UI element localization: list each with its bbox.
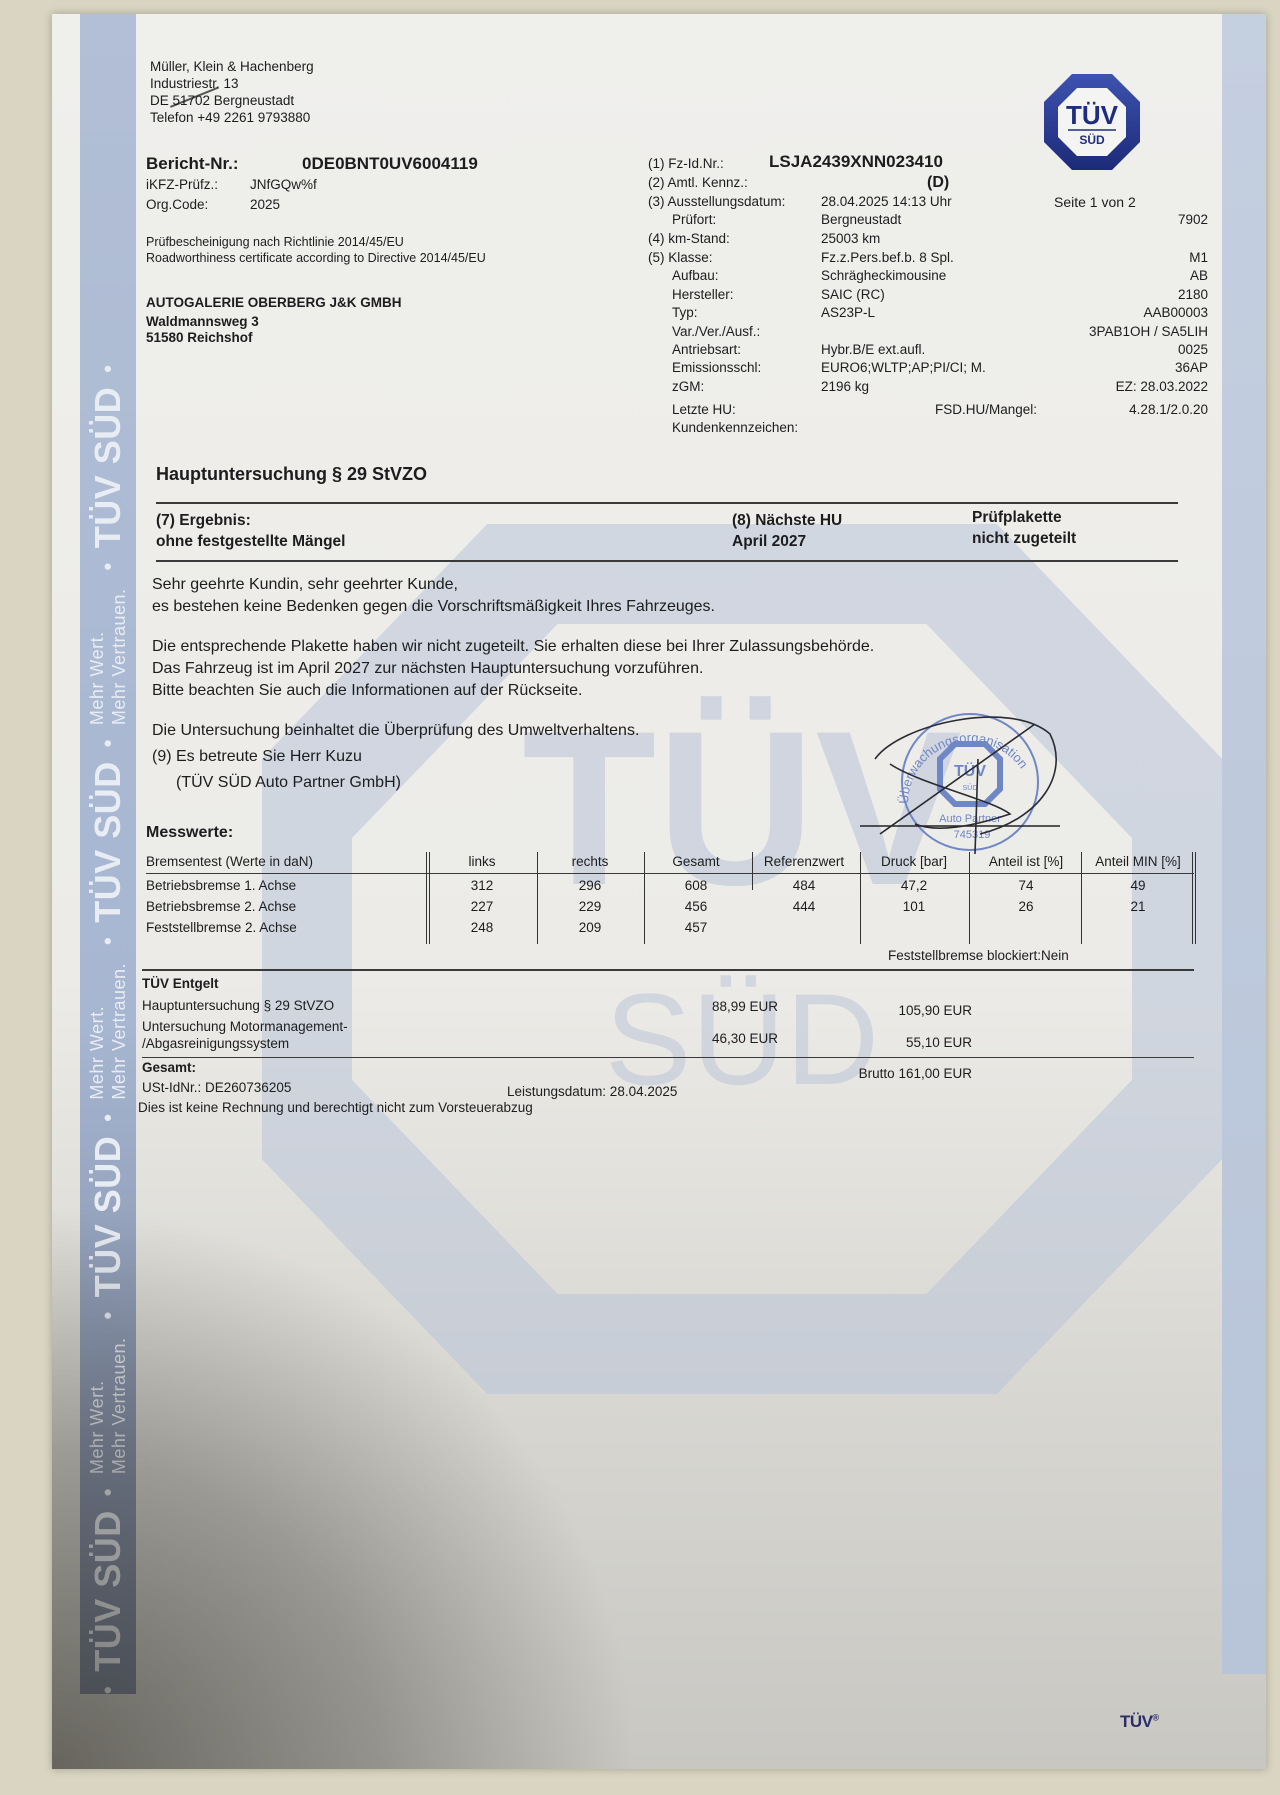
sender-address: Müller, Klein & Hachenberg Industriestr.… bbox=[150, 58, 314, 126]
total-label: Gesamt: bbox=[142, 1060, 196, 1075]
brake-row-value: 457 bbox=[648, 920, 744, 935]
table-header-right: rechts bbox=[540, 854, 640, 869]
vat-id: USt-IdNr.: DE260736205 bbox=[142, 1080, 291, 1095]
brake-row-value: 608 bbox=[648, 878, 744, 893]
divider bbox=[142, 1057, 1194, 1058]
inspector-stamp-icon: Überwachungsorganisation TÜV SÜD Auto Pa… bbox=[860, 704, 1070, 854]
divider bbox=[860, 852, 861, 944]
brake-row-value: 101 bbox=[860, 899, 968, 914]
document-page: TÜV SÜD •TÜV SÜD•Mehr Wert.Mehr Vertraue… bbox=[52, 14, 1266, 1769]
brake-row-label: Betriebsbremse 1. Achse bbox=[146, 878, 426, 893]
brake-row-value: 209 bbox=[540, 920, 640, 935]
vehicle-row-type: Typ:AS23P-LAAB00003 bbox=[648, 305, 1208, 323]
brake-row-value: 444 bbox=[752, 899, 856, 914]
fee-item-label: Untersuchung Motormanagement- /Abgasrein… bbox=[142, 1018, 348, 1052]
table-header-total: Gesamt bbox=[648, 854, 744, 869]
report-number-label: Bericht-Nr.: bbox=[146, 154, 239, 174]
org-code-label: Org.Code: bbox=[146, 197, 208, 212]
vehicle-row-class: (5) Klasse:Fz.z.Pers.bef.b. 8 Spl.M1 bbox=[648, 250, 1208, 268]
divider bbox=[146, 873, 1194, 874]
brake-row-label: Betriebsbremse 2. Achse bbox=[146, 899, 426, 914]
svg-text:SÜD: SÜD bbox=[1079, 132, 1105, 147]
measurements-title: Messwerte: bbox=[146, 824, 233, 842]
vehicle-row-vin: (1) Fz-Id.Nr.: bbox=[648, 156, 1208, 174]
vehicle-row-date: (3) Ausstellungsdatum:28.04.2025 14:13 U… bbox=[648, 194, 1208, 212]
divider bbox=[142, 969, 1194, 971]
right-edge-band bbox=[1222, 14, 1266, 1674]
table-header-reference: Referenzwert bbox=[752, 854, 856, 869]
divider bbox=[644, 852, 645, 944]
brake-row-value: 26 bbox=[970, 899, 1082, 914]
directive-en: Roadworthiness certificate according to … bbox=[146, 251, 486, 265]
table-header-test: Bremsentest (Werte in daN) bbox=[146, 854, 313, 869]
service-date: Leistungsdatum: 28.04.2025 bbox=[507, 1084, 677, 1099]
table-header-pressure: Druck [bar] bbox=[860, 854, 968, 869]
brake-row-value: 456 bbox=[648, 899, 744, 914]
brand-band: •TÜV SÜD•Mehr Wert.Mehr Vertrauen. •TÜV … bbox=[80, 14, 136, 1694]
brake-row-value: 74 bbox=[970, 878, 1082, 893]
fee-item-gross: 105,90 EUR bbox=[822, 1003, 972, 1018]
vehicle-row-variant: Var./Ver./Ausf.:3PAB1OH / SA5LIH bbox=[648, 324, 1208, 342]
vehicle-row-emission: Emissionsschl:EURO6;WLTP;AP;PI/CI; M.36A… bbox=[648, 360, 1208, 378]
disclaimer: Dies ist keine Rechnung und berechtigt n… bbox=[138, 1100, 533, 1115]
brake-row-value: 296 bbox=[540, 878, 640, 893]
svg-text:TÜV: TÜV bbox=[1066, 100, 1119, 130]
vehicle-row-drive: Antriebsart:Hybr.B/E ext.aufl.0025 bbox=[648, 342, 1208, 360]
fees-title: TÜV Entgelt bbox=[142, 976, 219, 991]
recipient-address: AUTOGALERIE OBERBERG J&K GMBH Waldmannsw… bbox=[146, 293, 402, 347]
org-code: 2025 bbox=[250, 197, 280, 212]
brake-row-value: 484 bbox=[752, 878, 856, 893]
table-header-left: links bbox=[432, 854, 532, 869]
brake-row-value: 49 bbox=[1082, 878, 1194, 893]
inspection-title: Hauptuntersuchung § 29 StVZO bbox=[156, 464, 427, 485]
brake-row-value: 312 bbox=[432, 878, 532, 893]
total-gross: Brutto 161,00 EUR bbox=[792, 1066, 972, 1081]
ikfz-value: JNfGQw%f bbox=[250, 177, 317, 192]
vehicle-row-mileage: (4) km-Stand:25003 km bbox=[648, 231, 1208, 249]
brake-row-value: 248 bbox=[432, 920, 532, 935]
next-inspection: (8) Nächste HU April 2027 bbox=[732, 510, 842, 552]
vehicle-row-manufacturer: Hersteller:SAIC (RC)2180 bbox=[648, 287, 1208, 305]
table-header-share-min: Anteil MIN [%] bbox=[1082, 854, 1194, 869]
divider bbox=[537, 852, 538, 944]
brake-row-label: Feststellbremse 2. Achse bbox=[146, 920, 426, 935]
vehicle-row-last-hu: Letzte HU:FSD.HU/Mangel:4.28.1/2.0.20 bbox=[648, 402, 1208, 420]
divider bbox=[969, 852, 970, 944]
vehicle-row-plate: (2) Amtl. Kennz.: bbox=[648, 175, 1208, 193]
divider bbox=[156, 560, 1178, 562]
fee-item-label: Hauptuntersuchung § 29 StVZO bbox=[142, 998, 334, 1013]
divider bbox=[1192, 852, 1196, 944]
brake-row-value: 21 bbox=[1082, 899, 1194, 914]
fee-item-net: 46,30 EUR bbox=[648, 1031, 778, 1046]
divider bbox=[752, 852, 753, 890]
svg-text:745319: 745319 bbox=[954, 829, 991, 841]
inspection-sticker: Prüfplakette nicht zugeteilt bbox=[972, 507, 1076, 549]
fee-item-net: 88,99 EUR bbox=[648, 999, 778, 1014]
vehicle-row-customer-plate: Kundenkennzeichen: bbox=[648, 420, 1208, 438]
ikfz-label: iKFZ-Prüfz.: bbox=[146, 177, 218, 192]
vehicle-row-place: Prüfort:Bergneustadt7902 bbox=[648, 212, 1208, 230]
letter-body: Sehr geehrte Kundin, sehr geehrter Kunde… bbox=[152, 574, 874, 794]
vehicle-row-body: Aufbau:SchrägheckimousineAB bbox=[648, 268, 1208, 286]
brake-row-value: 227 bbox=[432, 899, 532, 914]
result: (7) Ergebnis: ohne festgestellte Mängel bbox=[156, 510, 345, 552]
divider bbox=[156, 502, 1178, 504]
directive-de: Prüfbescheinigung nach Richtlinie 2014/4… bbox=[146, 235, 404, 249]
parking-brake-note: Feststellbremse blockiert:Nein bbox=[888, 948, 1069, 963]
report-number: 0DE0BNT0UV6004119 bbox=[302, 154, 478, 174]
tuv-footer-logo: TÜV® bbox=[1120, 1712, 1159, 1732]
svg-text:SÜD: SÜD bbox=[963, 784, 978, 792]
brake-row-value: 47,2 bbox=[860, 878, 968, 893]
brake-row-value: 229 bbox=[540, 899, 640, 914]
divider bbox=[426, 852, 430, 944]
divider bbox=[1081, 852, 1082, 944]
vehicle-row-weight: zGM:2196 kgEZ: 28.03.2022 bbox=[648, 379, 1208, 397]
fee-item-gross: 55,10 EUR bbox=[822, 1035, 972, 1050]
table-header-share-actual: Anteil ist [%] bbox=[970, 854, 1082, 869]
